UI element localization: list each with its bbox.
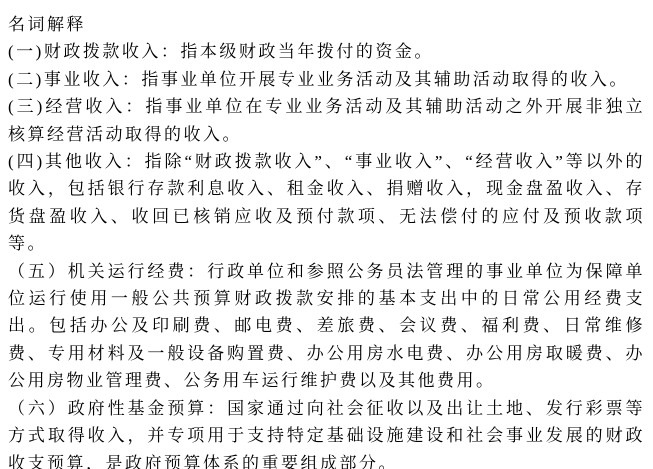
- definition-government-fund-budget: （六）政府性基金预算：国家通过向社会征收以及出让土地、发行彩票等方式取得收入，并…: [8, 395, 645, 469]
- document-page: 名词解释 (一)财政拨款收入：指本级财政当年拨付的资金。 (二)事业收入：指事业…: [0, 0, 653, 469]
- definition-business-income: (三)经营收入：指事业单位在专业业务活动及其辅助活动之外开展非独立核算经营活动取…: [8, 93, 645, 148]
- definition-operating-income-public-institution: (二)事业收入：指事业单位开展专业业务活动及其辅助活动取得的收入。: [8, 66, 645, 93]
- definition-agency-operating-funds: （五）机关运行经费：行政单位和参照公务员法管理的事业单位为保障单位运行使用一般公…: [8, 258, 645, 395]
- definition-other-income: (四)其他收入：指除“财政拨款收入”、“事业收入”、“经营收入”等以外的收入，包…: [8, 148, 645, 258]
- definition-fiscal-appropriation-income: (一)财政拨款收入：指本级财政当年拨付的资金。: [8, 38, 645, 65]
- document-title: 名词解释: [8, 11, 645, 38]
